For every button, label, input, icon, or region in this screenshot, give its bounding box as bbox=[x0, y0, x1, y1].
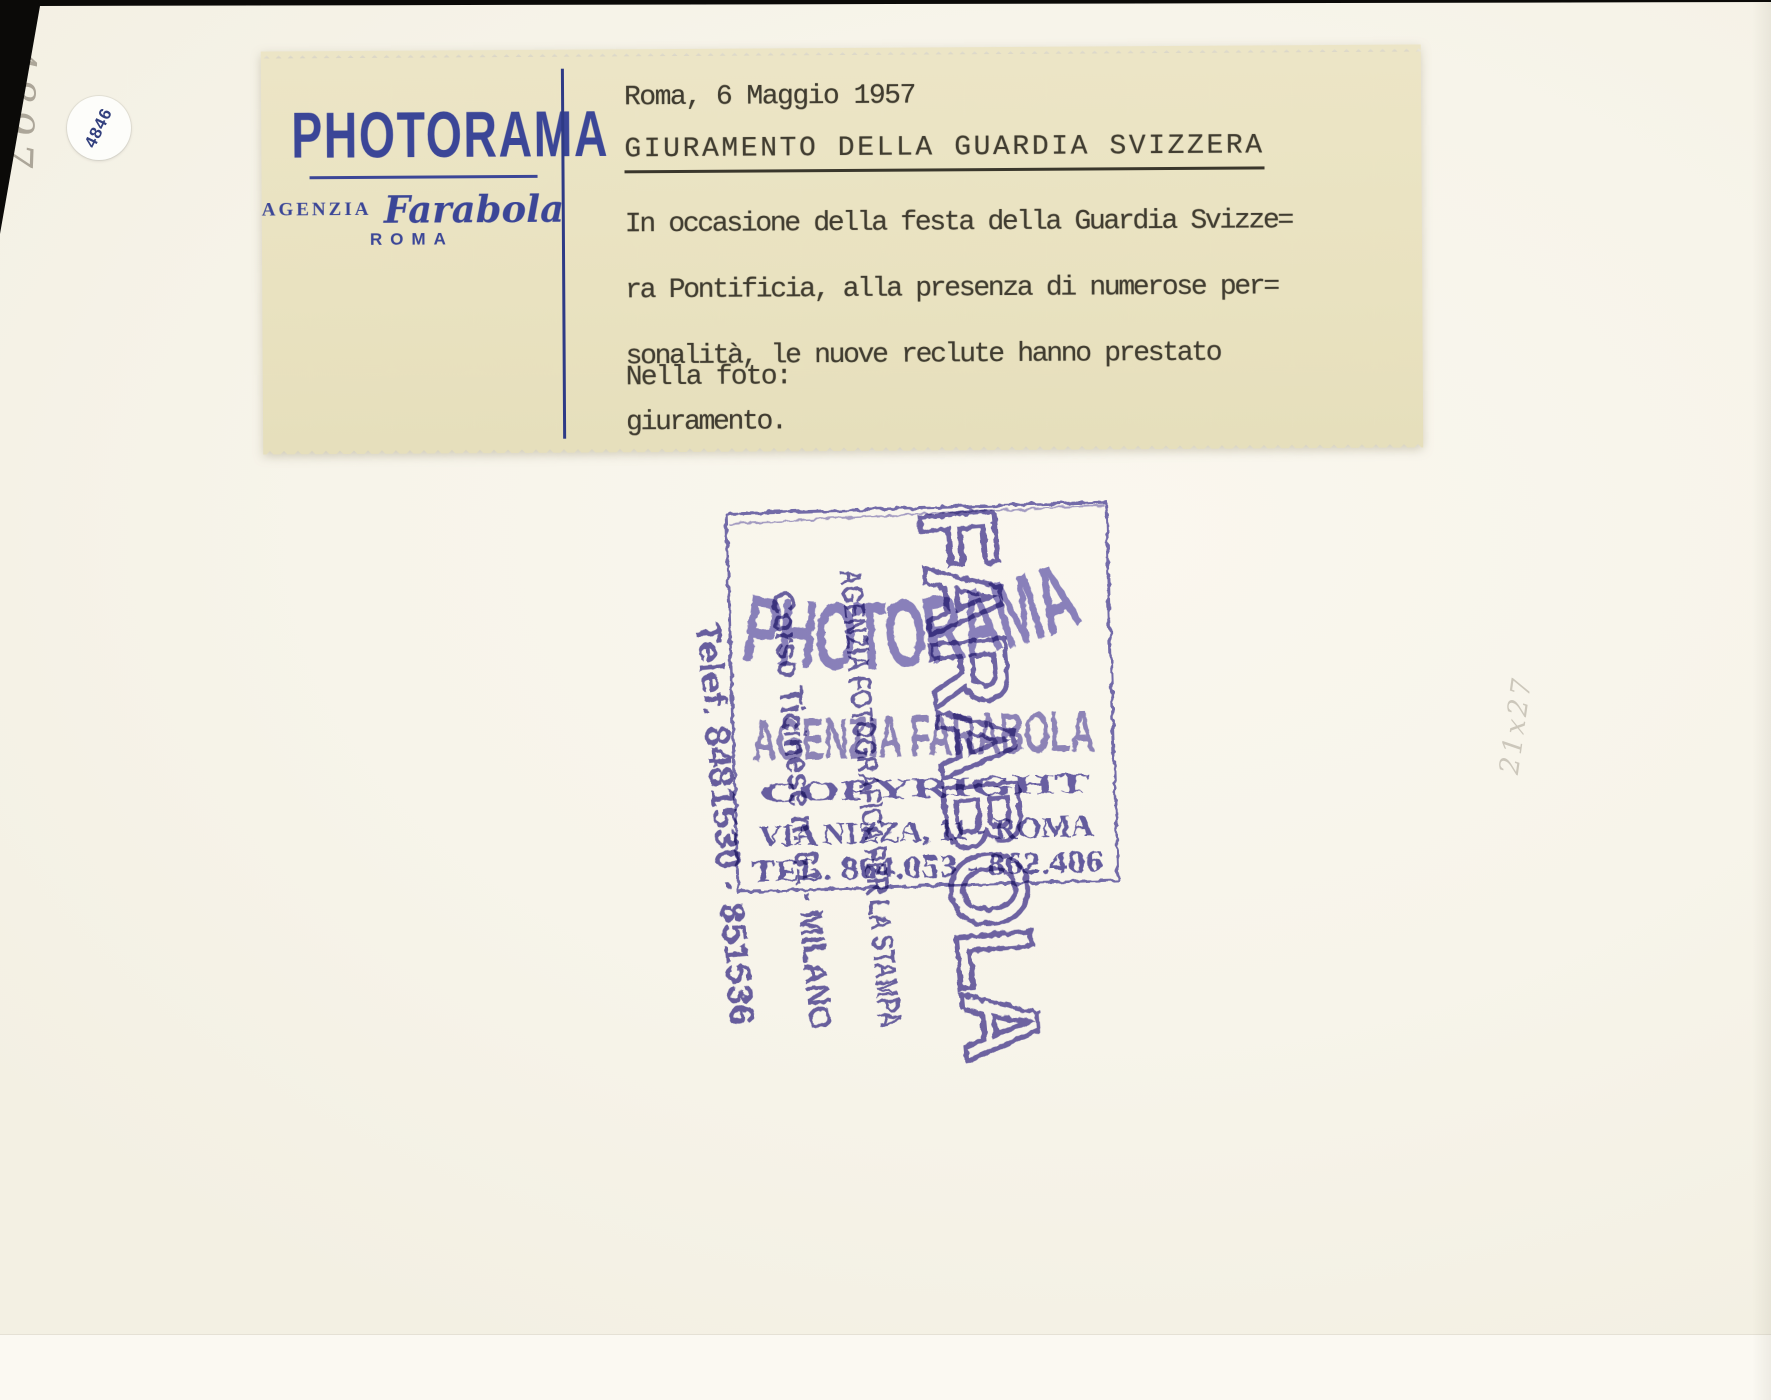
archive-sticker: 4846 bbox=[67, 96, 131, 160]
label-agency-line: AGENZIA Farabola bbox=[262, 187, 562, 233]
caption-dateline: Roma, 6 Maggio 1957 bbox=[624, 81, 915, 114]
paper-right-edge bbox=[1752, 0, 1771, 1400]
caption-headline: GIURAMENTO DELLA GUARDIA SVIZZERA bbox=[624, 130, 1265, 173]
caption-line: giuramento. bbox=[626, 406, 786, 438]
caption-paragraph: In occasione della festa della Guardia S… bbox=[625, 204, 1294, 439]
stamp-milano-phone: Telef. 8481530 - 851536 bbox=[688, 620, 761, 1027]
paper-bottom-edge bbox=[0, 1334, 1771, 1400]
label-city: ROMA bbox=[262, 229, 562, 251]
label-agency-name: Farabola bbox=[384, 187, 565, 232]
label-brand-underline bbox=[310, 175, 538, 179]
pencil-size-note: 21x27 bbox=[1494, 674, 1538, 776]
caption-line: ra Pontificia, alla presenza di numerose… bbox=[625, 271, 1278, 306]
stamp-milano-subtitle: AGENZIA FOTOGRAFICA PER LA STAMPA bbox=[833, 568, 908, 1029]
pencil-archive-number: 4897 bbox=[0, 44, 44, 175]
archive-sticker-number: 4846 bbox=[81, 105, 117, 151]
label-agency-block: PHOTORAMA AGENZIA Farabola ROMA bbox=[261, 57, 563, 449]
stamp-milano: FARABOLA AGENZIA FOTOGRAFICA PER LA STAM… bbox=[661, 494, 1070, 1103]
caption-photo-intro: Nella foto: bbox=[626, 361, 791, 393]
label-brand: PHOTORAMA bbox=[291, 97, 531, 174]
caption-label: PHOTORAMA AGENZIA Farabola ROMA Roma, 6 … bbox=[261, 51, 1423, 448]
label-agency-prefix: AGENZIA bbox=[262, 199, 372, 221]
photo-back-scan: 4897 4846 21x27 PHOTORAMA AGENZIA Farabo… bbox=[0, 0, 1771, 1400]
stamp-milano-address: Corso Ticinese n. 61 - MILANO bbox=[765, 589, 839, 1030]
photo-paper: 4897 4846 21x27 PHOTORAMA AGENZIA Farabo… bbox=[0, 0, 1771, 1400]
caption-line: In occasione della festa della Guardia S… bbox=[625, 205, 1292, 240]
